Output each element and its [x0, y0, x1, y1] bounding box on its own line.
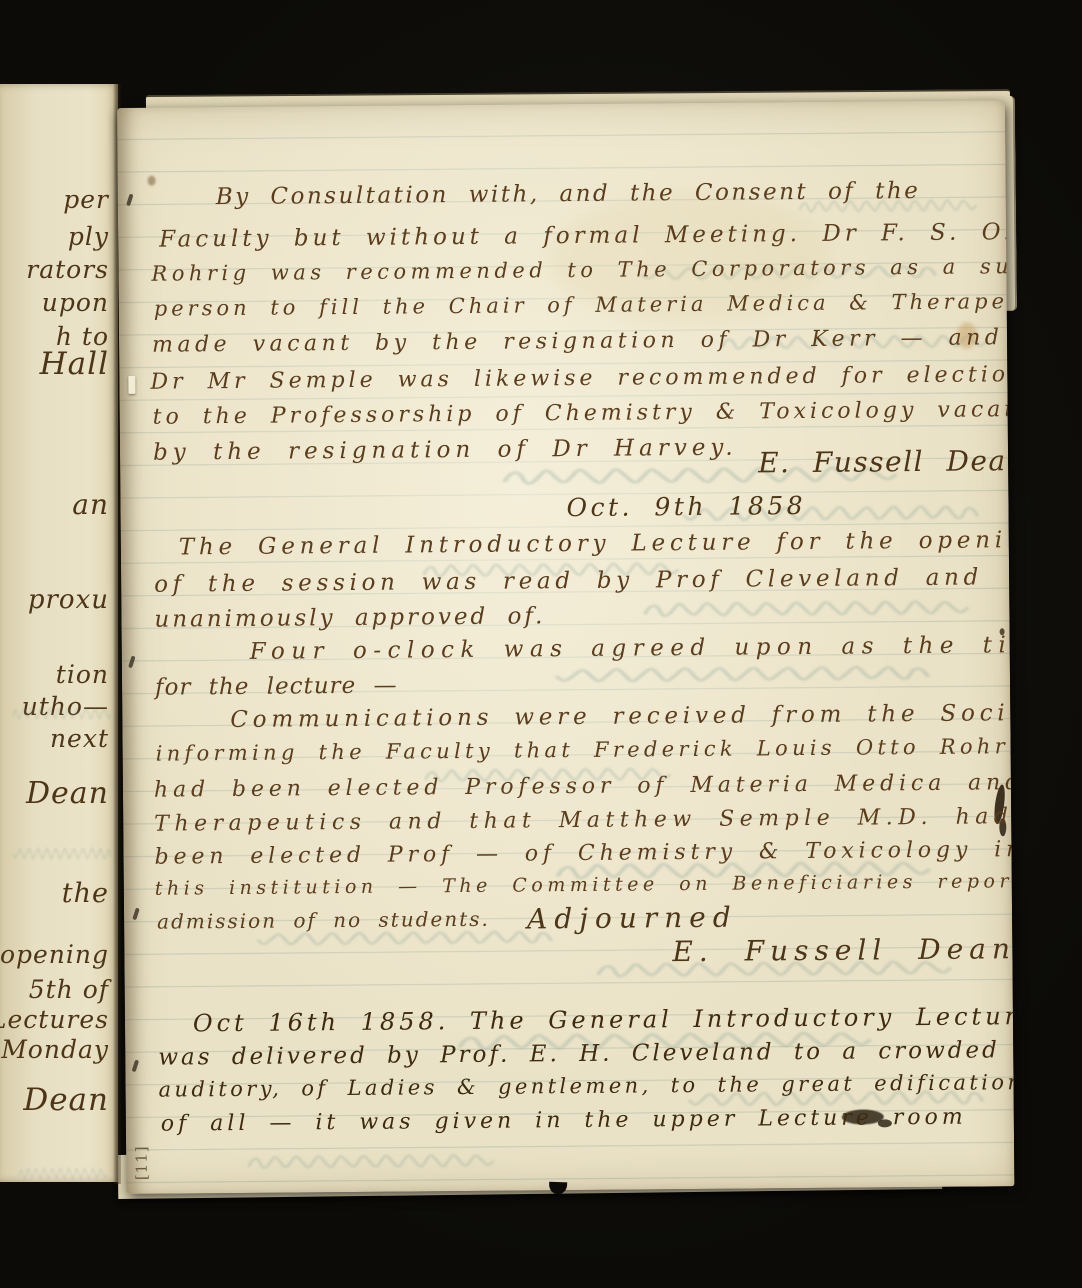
manuscript-line: Four o-clock was agreed upon as the time [250, 632, 1015, 665]
manuscript-line: Therapeutics and that Matthew Semple M.D… [154, 804, 1013, 836]
facing-line-fragment: opening [0, 940, 109, 969]
facing-line-fragment: an [72, 488, 109, 521]
binding-stitch [128, 656, 135, 669]
bleed-through-text [246, 1150, 496, 1174]
dean-signature: E. Fussell Dean [672, 932, 1014, 968]
facing-line-fragment: Dean [26, 776, 109, 811]
facing-line-fragment: Dean [23, 1082, 109, 1118]
bleed-through-text [641, 596, 971, 623]
bleed-through-text [12, 704, 112, 724]
facing-line-fragment: 5th of [29, 975, 109, 1004]
facing-line-fragment: per [63, 185, 109, 214]
bleed-through-text [552, 661, 932, 688]
bleed-through-text [18, 1164, 108, 1184]
manuscript-line: this institution — The Committee on Bene… [155, 869, 1015, 899]
manuscript-line: had been elected Professor of Materia Me… [154, 770, 1015, 803]
binding-stitch [132, 1060, 139, 1073]
facing-line-fragment: Hall [40, 346, 109, 382]
manuscript-line: for the lecture — [155, 673, 398, 701]
facing-line-fragment: ply [68, 222, 109, 251]
manuscript-line: unanimously approved of. [154, 603, 545, 632]
binding-stitch [126, 194, 133, 207]
adjourned-line: Adjourned [527, 901, 738, 936]
manuscript-line: to the Professorship of Chemistry & Toxi… [153, 397, 1015, 430]
entry-date-line: Oct 16th 1858. The General Introductory … [193, 1002, 1015, 1037]
page-number-mark: [11] [132, 1145, 150, 1180]
bleed-through-text [12, 844, 112, 864]
manuscript-page: By Consultation with, and the Consent of… [117, 100, 1014, 1194]
manuscript-line: person to fill the Chair of Materia Medi… [154, 289, 1015, 321]
facing-line-fragment: proxu [28, 585, 109, 615]
facing-line-fragment: tion [56, 660, 109, 689]
manuscript-line: informing the Faculty that Frederick Lou… [156, 734, 1015, 766]
manuscript-line: of all — it was given in the upper Lectu… [161, 1105, 967, 1137]
manuscript-line: Faculty but without a formal Meeting. Dr… [159, 219, 1014, 252]
manuscript-line: Communications were received from the So… [230, 700, 1014, 733]
paper-tear-tab [128, 376, 135, 394]
manuscript-line: of the session was read by Prof Clevelan… [154, 564, 983, 597]
facing-line-fragment: the [62, 878, 109, 909]
binding-stitch [132, 908, 139, 921]
facing-line-fragment: rators [26, 255, 109, 284]
facing-line-fragment: upon [42, 288, 109, 317]
facing-page-edge: per ply rators upon h to Hall an proxu t… [0, 84, 118, 1182]
facing-line-fragment: Lectures [0, 1005, 109, 1034]
manuscript-line: The General Introductory Lecture for the… [179, 527, 1015, 561]
manuscript-line: Dr Mr Semple was likewise recommended fo… [150, 362, 1014, 395]
manuscript-line: by the resignation of Dr Harvey. [153, 435, 738, 466]
manuscript-line: admission of no students. [157, 907, 490, 934]
manuscript-line: was delivered by Prof. E. H. Cleveland t… [158, 1037, 1000, 1070]
ink-spot [148, 176, 156, 186]
dean-signature: E. Fussell Dean [758, 444, 1014, 479]
entry-date: Oct. 9th 1858 [566, 491, 806, 522]
photographed-manuscript-scan: { "document": { "kind": "handwritten min… [0, 0, 1082, 1288]
facing-line-fragment: Monday [1, 1035, 109, 1064]
facing-line-fragment: next [50, 724, 109, 753]
